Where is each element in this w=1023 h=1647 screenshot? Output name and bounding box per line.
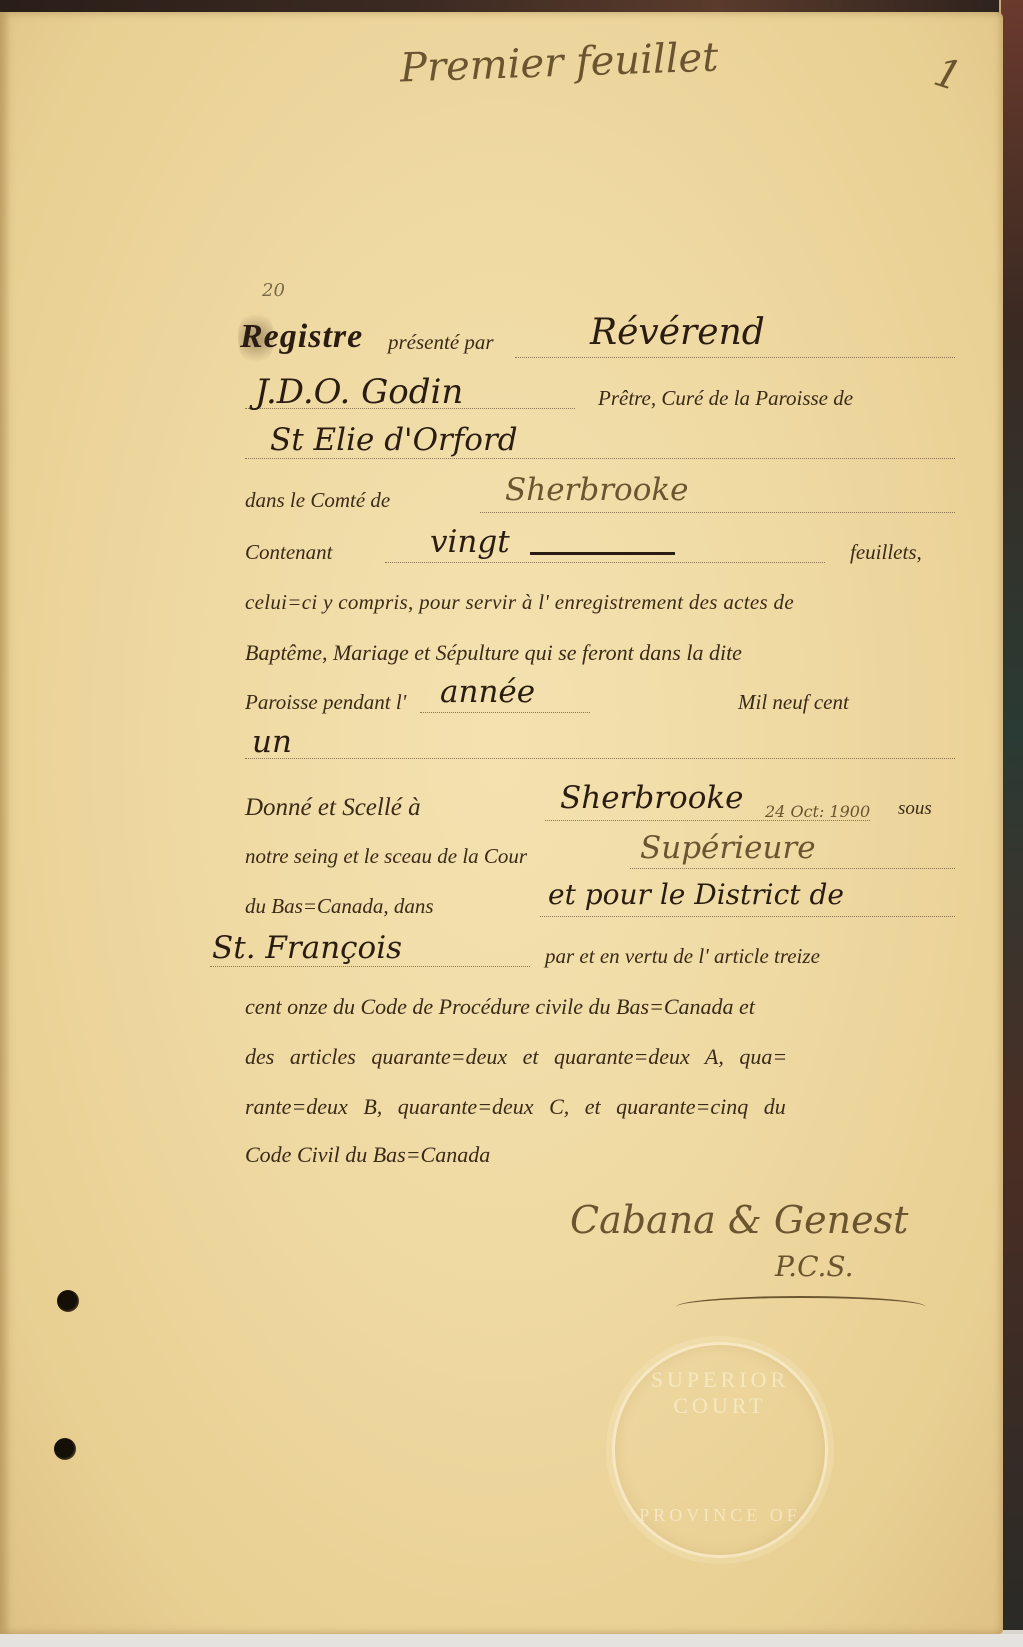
printed-text: celui=ci y compris, pour servir à l' enr… [245,590,794,615]
printed-text: Baptême, Mariage et Sépulture qui se fer… [245,640,742,666]
printed-text: Paroisse pendant l' [245,690,406,715]
signature-flourish [676,1296,926,1318]
handwritten-entry: Sherbrooke [505,472,689,508]
handwritten-entry: St. François [212,930,402,966]
printed-text: rante=deux B, quarante=deux C, et quaran… [245,1094,786,1120]
handwritten-entry: Sherbrooke [560,780,744,816]
printed-text: par et en vertu de l' article treize [545,944,820,969]
handwritten-entry: Supérieure [640,830,816,866]
seal-bottom-text: PROVINCE OF [615,1505,825,1526]
page-header-title: Premier feuillet [399,34,719,91]
fill-line [210,966,530,967]
fill-line [480,512,955,513]
folio-annotation: 20 [262,280,285,301]
printed-text: cent onze du Code de Procédure civile du… [245,994,755,1020]
handwritten-entry: St Elie d'Orford [270,422,518,458]
register-page: Premier feuillet 1 20 Registre présenté … [0,12,1003,1634]
handwritten-entry: et pour le District de [548,878,844,911]
handwritten-entry: vingt [430,524,510,560]
registre-heading: Registre [240,318,363,356]
printed-text: des articles quarante=deux et quarante=d… [245,1044,787,1070]
printed-text: sous [898,798,932,820]
printed-text: dans le Comté de [245,488,390,513]
scan-background [0,1634,1023,1647]
signature-title: P.C.S. [775,1250,853,1283]
handwritten-entry: Révérend [590,312,765,353]
fill-line [245,458,955,459]
handwritten-entry: un [252,724,292,760]
printed-text: du Bas=Canada, dans [245,894,434,919]
handwritten-entry: J.D.O. Godin [255,372,463,412]
printed-text: présenté par [388,330,494,355]
page-number: 1 [929,49,967,101]
printed-text: Contenant [245,540,333,565]
printed-text: Donné et Scellé à [245,794,421,822]
fill-line [245,758,955,759]
seal-top-text: SUPERIOR COURT [615,1367,825,1419]
fill-line [515,357,955,358]
printed-text: notre seing et le sceau de la Cour [245,844,527,869]
printed-text: Prêtre, Curé de la Paroisse de [598,386,853,411]
printed-text: Mil neuf cent [738,690,849,715]
printed-text: feuillets, [850,540,922,565]
handwritten-stroke [530,552,675,555]
printed-text: Code Civil du Bas=Canada [245,1142,490,1168]
fill-line [540,916,955,917]
handwritten-entry: année [440,674,535,710]
signature-name: Cabana & Genest [570,1198,908,1242]
handwritten-date: 24 Oct: 1900 [765,802,870,821]
binding-hole-icon [57,1290,79,1312]
fill-line [420,712,590,713]
binding-hole-icon [54,1438,76,1460]
fill-line [385,562,825,563]
embossed-court-seal: SUPERIOR COURT PROVINCE OF [612,1342,828,1558]
fill-line [630,868,955,869]
